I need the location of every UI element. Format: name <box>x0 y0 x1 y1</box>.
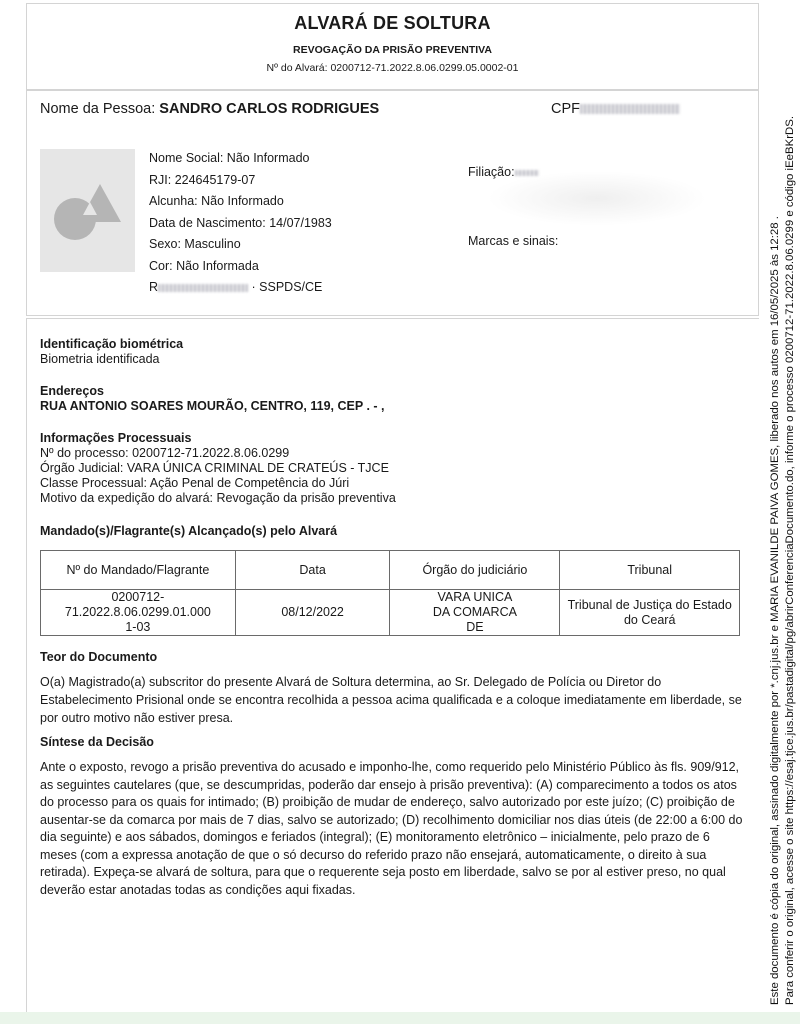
person-extra: Filiação: Marcas e sinais: <box>468 165 558 248</box>
document-header: ALVARÁ DE SOLTURA REVOGAÇÃO DA PRISÃO PR… <box>26 3 759 90</box>
cpf-redacted <box>580 104 680 114</box>
placeholder-shapes-icon <box>53 179 123 244</box>
data-nascimento: Data de Nascimento: 14/07/1983 <box>149 213 332 235</box>
teor-title: Teor do Documento <box>40 650 745 664</box>
cpf-field: CPF <box>551 101 680 117</box>
rg-redacted <box>158 284 248 292</box>
document-body: Identificação biométrica Biometria ident… <box>26 318 759 1013</box>
rji: RJI: 224645179-07 <box>149 170 332 192</box>
biometria-value: Biometria identificada <box>40 352 745 367</box>
signature-stamp: Este documento é cópia do original, assi… <box>768 15 798 1005</box>
sintese-title: Síntese da Decisão <box>40 735 745 749</box>
mandado-tribunal: Tribunal de Justiça do Estado do Ceará <box>560 590 740 636</box>
classe-processual: Classe Processual: Ação Penal de Competê… <box>40 476 745 491</box>
person-name: Nome da Pessoa: SANDRO CARLOS RODRIGUES <box>40 101 379 117</box>
person-details: Nome Social: Não Informado RJI: 22464517… <box>149 148 332 299</box>
bottom-strip <box>0 1012 800 1024</box>
nome-social: Nome Social: Não Informado <box>149 148 332 170</box>
column-header: Nº do Mandado/Flagrante <box>41 551 236 590</box>
alvara-number-value: 0200712-71.2022.8.06.0299.05.0002-01 <box>330 62 518 74</box>
column-header: Órgão do judiciário <box>390 551 560 590</box>
signature-line-2: Para conferir o original, acesse o site … <box>783 15 798 1005</box>
teor-text: O(a) Magistrado(a) subscritor do present… <box>40 673 745 727</box>
mandado-orgao: VARA UNICA DA COMARCA DE <box>390 590 560 636</box>
rg: R · SSPDS/CE <box>149 277 332 299</box>
orgao-judicial: Órgão Judicial: VARA ÚNICA CRIMINAL DE C… <box>40 461 745 476</box>
document-title: ALVARÁ DE SOLTURA <box>27 13 758 34</box>
person-section: Nome da Pessoa: SANDRO CARLOS RODRIGUES … <box>26 90 759 316</box>
enderecos-title: Endereços <box>40 384 745 399</box>
column-header: Tribunal <box>560 551 740 590</box>
processo-title: Informações Processuais <box>40 431 745 446</box>
person-name-value: SANDRO CARLOS RODRIGUES <box>159 101 379 117</box>
cpf-label: CPF <box>551 101 580 117</box>
document-subtitle: REVOGAÇÃO DA PRISÃO PREVENTIVA <box>27 44 758 56</box>
alcunha: Alcunha: Não Informado <box>149 191 332 213</box>
table-row: 0200712-71.2022.8.06.0299.01.0001-03 08/… <box>41 590 740 636</box>
mandados-title: Mandado(s)/Flagrante(s) Alcançado(s) pel… <box>40 524 745 538</box>
mandado-data: 08/12/2022 <box>235 590 390 636</box>
sexo: Sexo: Masculino <box>149 234 332 256</box>
person-name-label: Nome da Pessoa: <box>40 101 155 117</box>
table-header-row: Nº do Mandado/Flagrante Data Órgão do ju… <box>41 551 740 590</box>
sintese-text: Ante o exposto, revogo a prisão preventi… <box>40 759 745 899</box>
column-header: Data <box>235 551 390 590</box>
processo-numero: Nº do processo: 0200712-71.2022.8.06.029… <box>40 446 745 461</box>
person-photo-placeholder <box>40 149 135 272</box>
filiacao: Filiação: <box>468 165 558 179</box>
mandados-table: Nº do Mandado/Flagrante Data Órgão do ju… <box>40 550 740 636</box>
mandado-numero: 0200712-71.2022.8.06.0299.01.0001-03 <box>41 590 236 636</box>
alvara-number-label: Nº do Alvará: <box>267 62 328 74</box>
filiacao-redacted <box>515 170 539 176</box>
marcas-sinais: Marcas e sinais: <box>468 234 558 248</box>
signature-line-1: Este documento é cópia do original, assi… <box>768 15 783 1005</box>
biometria-title: Identificação biométrica <box>40 337 745 352</box>
cor: Cor: Não Informada <box>149 256 332 278</box>
endereco-value: RUA ANTONIO SOARES MOURÃO, CENTRO, 119, … <box>40 399 745 414</box>
alvara-number: Nº do Alvará: 0200712-71.2022.8.06.0299.… <box>27 62 758 74</box>
motivo-expedicao: Motivo da expedição do alvará: Revogação… <box>40 491 745 506</box>
